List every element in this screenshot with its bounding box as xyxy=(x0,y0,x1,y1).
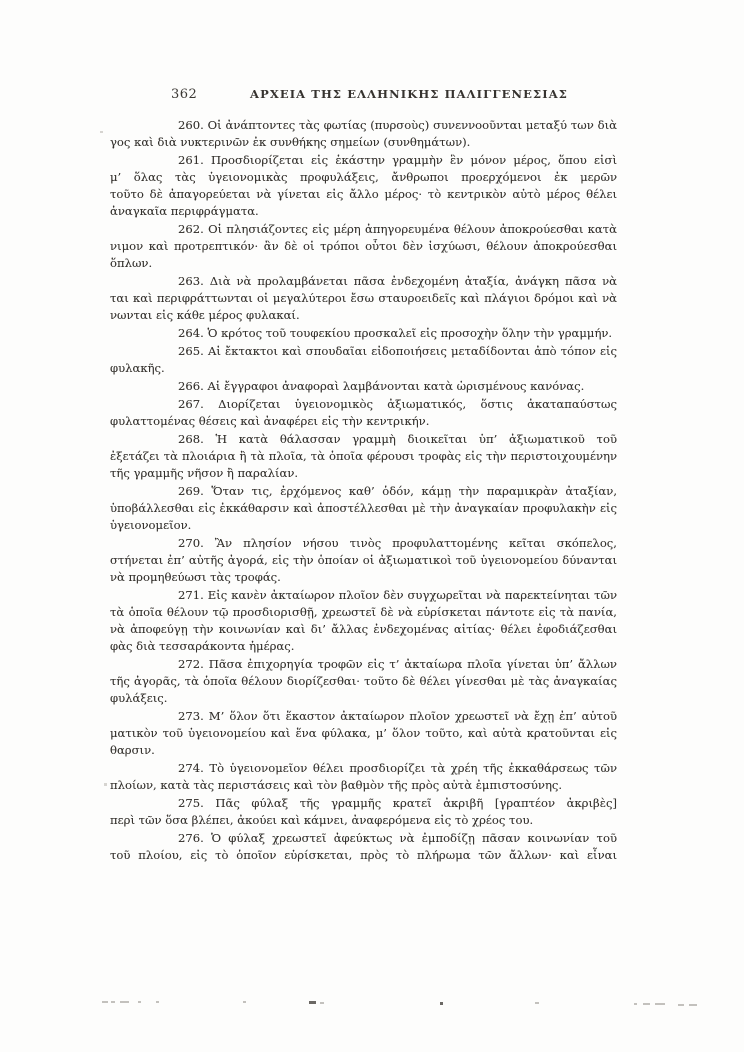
text-line: στήνεται ἐπ’ αὐτῆς ἀγορά, εἰς τὴν ὁποίαν… xyxy=(110,552,617,569)
scan-noise-mark xyxy=(643,1003,650,1005)
paragraph-263: 263. Διὰ νὰ προλαμβάνεται πᾶσα ἐνδεχομέν… xyxy=(110,273,617,324)
paragraph-272: 272. Πᾶσα ἐπιχορηγία τροφῶν εἰς τ’ ἀκταί… xyxy=(110,656,617,707)
scan-noise-mark xyxy=(120,1001,129,1003)
text-line: 270. Ἂν πλησίον νήσου τινὸς προφυλαττομέ… xyxy=(110,535,617,552)
text-line: τῆς γραμμῆς νῆσον ἢ παραλίαν. xyxy=(110,465,617,482)
text-line: φὰς διὰ τεσσαράκοντα ἡμέρας. xyxy=(110,638,617,655)
text-line: νωνται εἰς κάθε μέρος φυλακαί. xyxy=(110,307,617,324)
text-line: νιμον καὶ προτρεπτικόν· ἂν δὲ οἱ τρόποι … xyxy=(110,238,617,255)
paragraph-273: 273. Μ’ ὅλον ὅτι ἕκαστον ἀκταίωρον πλοῖο… xyxy=(110,708,617,759)
text-line: μ’ ὅλας τὰς ὑγειονομικὰς προφυλάξεις, ἄν… xyxy=(110,169,617,186)
page-number: 362 xyxy=(171,87,197,102)
text-line: ὑγειονομεῖον. xyxy=(110,517,617,534)
text-line: 275. Πᾶς φύλαξ τῆς γραμμῆς κρατεῖ ἀκριβῆ… xyxy=(110,795,617,812)
scan-noise-mark xyxy=(655,1003,665,1005)
scan-noise-mark xyxy=(309,1001,316,1004)
scan-noise-mark xyxy=(320,1002,324,1004)
text-line: νὰ ἀποφεύγῃ τὴν κοινωνίαν καὶ δι’ ἄλλας … xyxy=(110,621,617,638)
text-line: φυλαττομένας θέσεις καὶ ἀναφέρει εἰς τὴν… xyxy=(110,413,617,430)
text-line: θαρσιν. xyxy=(110,742,617,759)
scan-noise-mark xyxy=(440,1002,443,1005)
scan-noise-mark xyxy=(535,1002,539,1004)
text-line: 262. Οἱ πλησιάζοντες εἰς μέρη ἀπηγορευμέ… xyxy=(110,221,617,238)
paragraph-268: 268. Ἡ κατὰ θάλασσαν γραμμὴ διοικεῖται ὑ… xyxy=(110,431,617,482)
scan-noise-mark xyxy=(102,1001,108,1003)
text-line: ματικὸν τοῦ ὑγειονομείου καὶ ἕνα φύλακα,… xyxy=(110,725,617,742)
scan-noise-mark xyxy=(156,1001,159,1003)
text-line: 274. Τὸ ὑγειονομεῖον θέλει προσδιορίζει … xyxy=(110,760,617,777)
paragraph-266: 266. Αἱ ἔγγραφοι ἀναφοραὶ λαμβάνονται κα… xyxy=(110,378,617,395)
text-line: ὅπλων. xyxy=(110,255,617,272)
page-header: 362 ΑΡΧΕΙΑ ΤΗΣ ΕΛΛΗΝΙΚΗΣ ΠΑΛΙΓΓΕΝΕΣΙΑΣ xyxy=(0,86,744,104)
scan-noise-mark xyxy=(678,1004,684,1006)
book-page: 362 ΑΡΧΕΙΑ ΤΗΣ ΕΛΛΗΝΙΚΗΣ ΠΑΛΙΓΓΕΝΕΣΙΑΣ 2… xyxy=(0,0,744,1052)
text-line: 265. Αἱ ἔκτακτοι καὶ σπουδαῖαι εἰδοποιήσ… xyxy=(110,343,617,360)
running-head-title: ΑΡΧΕΙΑ ΤΗΣ ΕΛΛΗΝΙΚΗΣ ΠΑΛΙΓΓΕΝΕΣΙΑΣ xyxy=(250,87,568,101)
scan-noise-mark xyxy=(243,1001,246,1003)
scan-noise-mark xyxy=(138,1001,141,1003)
text-line: 261. Προσδιορίζεται εἰς ἑκάστην γραμμὴν … xyxy=(110,152,617,169)
text-line: 264. Ὁ κρότος τοῦ τουφεκίου προσκαλεῖ εἰ… xyxy=(110,325,617,342)
text-line: τῆς ἀγορᾶς, τὰ ὁποῖα θέλουν διορίζεσθαι·… xyxy=(110,673,617,690)
paragraph-262: 262. Οἱ πλησιάζοντες εἰς μέρη ἀπηγορευμέ… xyxy=(110,221,617,272)
text-line: ἐξετάζει τὰ πλοιάρια ἢ τὰ πλοῖα, τὰ ὁποῖ… xyxy=(110,448,617,465)
text-line: 276. Ὁ φύλαξ χρεωστεῖ ἀφεύκτως νὰ ἐμποδί… xyxy=(110,830,617,847)
paragraph-276: 276. Ὁ φύλαξ χρεωστεῖ ἀφεύκτως νὰ ἐμποδί… xyxy=(110,830,617,864)
paragraph-274: 274. Τὸ ὑγειονομεῖον θέλει προσδιορίζει … xyxy=(110,760,617,794)
paragraph-265: 265. Αἱ ἔκτακτοι καὶ σπουδαῖαι εἰδοποιήσ… xyxy=(110,343,617,377)
text-line: 267. Διορίζεται ὑγειονομικὸς ἀξιωματικός… xyxy=(110,396,617,413)
text-line: 271. Εἰς κανὲν ἀκταίωρον πλοῖον δὲν συγχ… xyxy=(110,587,617,604)
paragraph-271: 271. Εἰς κανὲν ἀκταίωρον πλοῖον δὲν συγχ… xyxy=(110,587,617,655)
paragraph-264: 264. Ὁ κρότος τοῦ τουφεκίου προσκαλεῖ εἰ… xyxy=(110,325,617,342)
text-line: 268. Ἡ κατὰ θάλασσαν γραμμὴ διοικεῖται ὑ… xyxy=(110,431,617,448)
scan-noise-mark xyxy=(100,131,103,133)
text-line: 266. Αἱ ἔγγραφοι ἀναφοραὶ λαμβάνονται κα… xyxy=(110,378,617,395)
paragraph-267: 267. Διορίζεται ὑγειονομικὸς ἀξιωματικός… xyxy=(110,396,617,430)
text-line: ὑποβάλλεσθαι εἰς ἐκκάθαρσιν καὶ ἀποστέλλ… xyxy=(110,500,617,517)
text-line: 260. Οἱ ἀνάπτοντες τὰς φωτίας (πυρσοὺς) … xyxy=(110,117,617,134)
text-line: περὶ τῶν ὅσα βλέπει, ἀκούει καὶ κάμνει, … xyxy=(110,812,617,829)
text-line: φυλάξεις. xyxy=(110,690,617,707)
scan-noise-mark xyxy=(111,1001,115,1003)
text-line: ται καὶ περιφράττωνται οἱ μεγαλύτεροι ἔσ… xyxy=(110,290,617,307)
text-line: 272. Πᾶσα ἐπιχορηγία τροφῶν εἰς τ’ ἀκταί… xyxy=(110,656,617,673)
text-line: 263. Διὰ νὰ προλαμβάνεται πᾶσα ἐνδεχομέν… xyxy=(110,273,617,290)
text-line: τοῦ πλοίου, εἰς τὸ ὁποῖον εὑρίσκεται, πρ… xyxy=(110,847,617,864)
scan-noise-mark xyxy=(104,783,107,786)
text-line: φυλακῆς. xyxy=(110,360,617,377)
paragraph-269: 269. Ὅταν τις, ἐρχόμενος καθ’ ὁδόν, κάμῃ… xyxy=(110,483,617,534)
paragraph-275: 275. Πᾶς φύλαξ τῆς γραμμῆς κρατεῖ ἀκριβῆ… xyxy=(110,795,617,829)
text-block: 260. Οἱ ἀνάπτοντες τὰς φωτίας (πυρσοὺς) … xyxy=(110,117,617,865)
text-line: πλοίων, κατὰ τὰς περιστάσεις καὶ τὸν βαθ… xyxy=(110,777,617,794)
text-line: τὰ ὁποῖα θέλουν τῷ προσδιορισθῇ, χρεωστε… xyxy=(110,604,617,621)
paragraph-261: 261. Προσδιορίζεται εἰς ἑκάστην γραμμὴν … xyxy=(110,152,617,220)
scan-noise-mark xyxy=(689,1004,697,1006)
text-line: 273. Μ’ ὅλον ὅτι ἕκαστον ἀκταίωρον πλοῖο… xyxy=(110,708,617,725)
text-line: 269. Ὅταν τις, ἐρχόμενος καθ’ ὁδόν, κάμῃ… xyxy=(110,483,617,500)
paragraph-260: 260. Οἱ ἀνάπτοντες τὰς φωτίας (πυρσοὺς) … xyxy=(110,117,617,151)
text-line: νὰ προμηθεύωσι τὰς τροφάς. xyxy=(110,569,617,586)
text-line: τοῦτο δὲ ἀπαγορεύεται νὰ γίνεται εἰς ἄλλ… xyxy=(110,186,617,203)
text-line: ἀναγκαῖα περιφράγματα. xyxy=(110,203,617,220)
scan-noise-mark xyxy=(634,1003,637,1005)
text-line: γος καὶ διὰ νυκτερινῶν ἐκ συνθήκης σημεί… xyxy=(110,134,617,151)
paragraph-270: 270. Ἂν πλησίον νήσου τινὸς προφυλαττομέ… xyxy=(110,535,617,586)
